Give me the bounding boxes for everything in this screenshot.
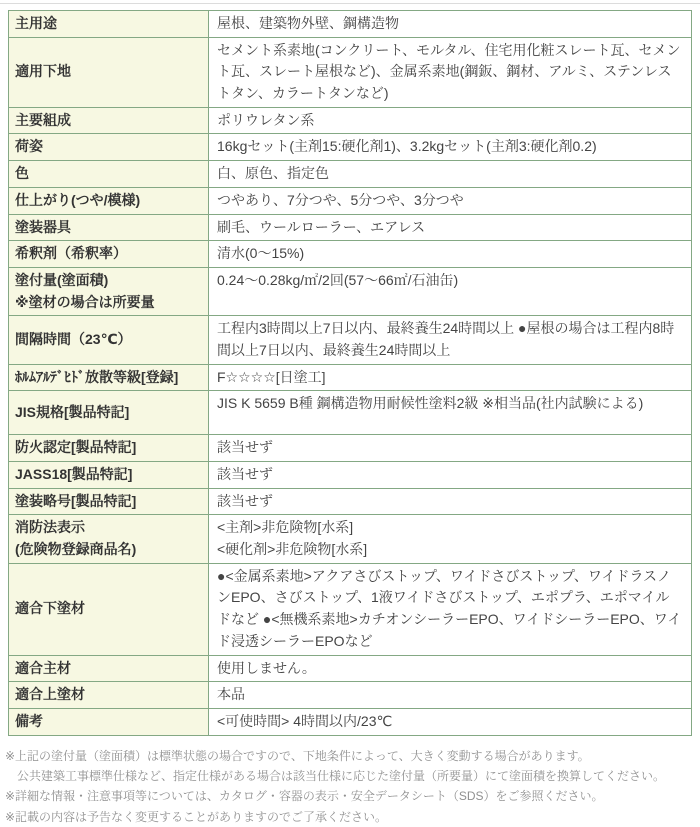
footnotes: ※上記の塗付量（塗面積）は標準状態の場合ですので、下地条件によって、大きく変動す… (5, 746, 692, 827)
spec-row-value: セメント系素地(コンクリート、モルタル、住宅用化粧スレート瓦、セメント瓦、スレー… (209, 37, 692, 107)
spec-row-label: 適合下塗材 (9, 563, 209, 655)
spec-row-label: 適合主材 (9, 655, 209, 682)
product-spec-page: 主用途屋根、建築物外壁、鋼構造物適用下地セメント系素地(コンクリート、モルタル、… (0, 3, 700, 827)
spec-row-label: 主用途 (9, 11, 209, 38)
spec-row-label: 仕上がり(つや/模様) (9, 187, 209, 214)
table-row: 防火認定[製品特記]該当せず (9, 435, 692, 462)
table-row: 適合上塗材本品 (9, 682, 692, 709)
table-row: 適合主材使用しません。 (9, 655, 692, 682)
table-row: 主用途屋根、建築物外壁、鋼構造物 (9, 11, 692, 38)
table-row: 希釈剤（希釈率）清水(0～15%) (9, 241, 692, 268)
table-row: 適合下塗材●<金属系素地>アクアさびストップ、ワイドさびストップ、ワイドラスノン… (9, 563, 692, 655)
table-row: 間隔時間（23℃）工程内3時間以上7日以内、最終養生24時間以上 ●屋根の場合は… (9, 316, 692, 364)
footnote-line: ※詳細な情報・注意事項等については、カタログ・容器の表示・安全データシート（SD… (5, 786, 692, 806)
spec-row-label: 主要組成 (9, 107, 209, 134)
table-row: 塗付量(塗面積) ※塗材の場合は所要量0.24～0.28kg/㎡/2回(57～6… (9, 267, 692, 315)
spec-row-value: 該当せず (209, 435, 692, 462)
table-row: 塗装略号[製品特記]該当せず (9, 488, 692, 515)
table-row: 備考<可使時間> 4時間以内/23℃ (9, 708, 692, 735)
spec-row-label: 備考 (9, 708, 209, 735)
spec-row-value: <主剤>非危険物[水系] <硬化剤>非危険物[水系] (209, 515, 692, 563)
product-spec-table: 主用途屋根、建築物外壁、鋼構造物適用下地セメント系素地(コンクリート、モルタル、… (8, 10, 692, 736)
spec-row-value: JIS K 5659 B種 鋼構造物用耐候性塗料2級 ※相当品(社内試験による) (209, 391, 692, 435)
spec-row-label: 間隔時間（23℃） (9, 316, 209, 364)
table-row: 適用下地セメント系素地(コンクリート、モルタル、住宅用化粧スレート瓦、セメント瓦… (9, 37, 692, 107)
spec-row-value: 本品 (209, 682, 692, 709)
spec-row-value: 清水(0～15%) (209, 241, 692, 268)
top-divider (0, 3, 700, 4)
spec-row-value: F☆☆☆☆[日塗工] (209, 364, 692, 391)
spec-row-label: JASS18[製品特記] (9, 462, 209, 489)
spec-row-label: 消防法表示 (危険物登録商品名) (9, 515, 209, 563)
table-row: JIS規格[製品特記]JIS K 5659 B種 鋼構造物用耐候性塗料2級 ※相… (9, 391, 692, 435)
footnote-line: ※記載の内容は予告なく変更することがありますのでご了承ください。 (5, 807, 692, 827)
table-row: 消防法表示 (危険物登録商品名)<主剤>非危険物[水系] <硬化剤>非危険物[水… (9, 515, 692, 563)
table-row: 色白、原色、指定色 (9, 161, 692, 188)
spec-row-label: ﾎﾙﾑｱﾙﾃﾞﾋﾄﾞ放散等級[登録] (9, 364, 209, 391)
spec-row-label: 塗付量(塗面積) ※塗材の場合は所要量 (9, 267, 209, 315)
spec-row-value: ●<金属系素地>アクアさびストップ、ワイドさびストップ、ワイドラスノンEPO、さ… (209, 563, 692, 655)
spec-row-label: 塗装略号[製品特記] (9, 488, 209, 515)
footnote-line: ※上記の塗付量（塗面積）は標準状態の場合ですので、下地条件によって、大きく変動す… (5, 746, 692, 766)
spec-row-value: ポリウレタン系 (209, 107, 692, 134)
spec-row-value: <可使時間> 4時間以内/23℃ (209, 708, 692, 735)
spec-row-value: 白、原色、指定色 (209, 161, 692, 188)
spec-row-value: 使用しません。 (209, 655, 692, 682)
spec-row-label: 希釈剤（希釈率） (9, 241, 209, 268)
table-row: ﾎﾙﾑｱﾙﾃﾞﾋﾄﾞ放散等級[登録]F☆☆☆☆[日塗工] (9, 364, 692, 391)
spec-row-value: 工程内3時間以上7日以内、最終養生24時間以上 ●屋根の場合は工程内8時間以上7… (209, 316, 692, 364)
footnote-line: 公共建築工事標準仕様など、指定仕様がある場合は該当仕様に応じた塗付量（所要量）に… (5, 766, 692, 786)
table-row: 塗装器具刷毛、ウールローラー、エアレス (9, 214, 692, 241)
spec-row-value: 16kgセット(主剤15:硬化剤1)、3.2kgセット(主剤3:硬化剤0.2) (209, 134, 692, 161)
spec-row-label: 適用下地 (9, 37, 209, 107)
spec-row-value: つやあり、7分つや、5分つや、3分つや (209, 187, 692, 214)
spec-table-body: 主用途屋根、建築物外壁、鋼構造物適用下地セメント系素地(コンクリート、モルタル、… (9, 11, 692, 736)
spec-row-value: 0.24～0.28kg/㎡/2回(57～66㎡/石油缶) (209, 267, 692, 315)
table-row: 主要組成ポリウレタン系 (9, 107, 692, 134)
spec-row-value: 該当せず (209, 462, 692, 489)
spec-row-label: 適合上塗材 (9, 682, 209, 709)
table-row: 荷姿16kgセット(主剤15:硬化剤1)、3.2kgセット(主剤3:硬化剤0.2… (9, 134, 692, 161)
spec-row-value: 刷毛、ウールローラー、エアレス (209, 214, 692, 241)
spec-row-value: 屋根、建築物外壁、鋼構造物 (209, 11, 692, 38)
table-row: JASS18[製品特記]該当せず (9, 462, 692, 489)
spec-row-label: 塗装器具 (9, 214, 209, 241)
spec-row-label: 防火認定[製品特記] (9, 435, 209, 462)
spec-row-value: 該当せず (209, 488, 692, 515)
table-row: 仕上がり(つや/模様)つやあり、7分つや、5分つや、3分つや (9, 187, 692, 214)
spec-row-label: 荷姿 (9, 134, 209, 161)
spec-row-label: 色 (9, 161, 209, 188)
spec-row-label: JIS規格[製品特記] (9, 391, 209, 435)
